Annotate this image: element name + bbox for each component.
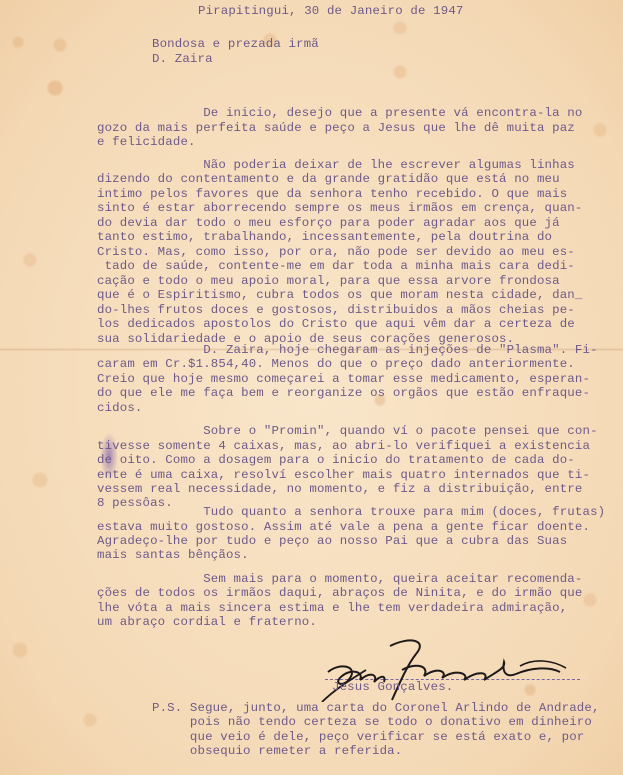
paragraph-line: do que ele me faça bem e reorganize os o… xyxy=(97,386,590,401)
paragraph-line: caram em Cr.$1.854,40. Menos do que o pr… xyxy=(97,357,575,372)
paragraph-line: mais santas bênçãos. xyxy=(97,548,249,563)
paragraph-line: lhe vóta a mais sincera estima e lhe tem… xyxy=(97,601,567,616)
paragraph-line: los dedicados apostolos do Cristo que aq… xyxy=(97,317,575,332)
paragraph-line: De inicio, desejo que a presente vá enco… xyxy=(97,106,582,121)
paragraph-line: do devia dar todo o meu esforço para pod… xyxy=(97,216,560,231)
paragraph-line: um abraço cordial e fraterno. xyxy=(97,615,317,630)
paragraph-line: tanto estimo, trabalhando, incessantemen… xyxy=(97,230,552,245)
paragraph-line: ções de todos os irmãos daqui, abraços d… xyxy=(97,586,582,601)
paragraph-line: cação e todo o meu apoio moral, para que… xyxy=(97,274,560,289)
paragraph-line: do-lhes frutos doces e gostosos, distrib… xyxy=(97,303,575,318)
paragraph-line: tado de saúde, contente-me em dar toda a… xyxy=(97,259,575,274)
paragraph-line: intimo pelos favores que da senhora tenh… xyxy=(97,187,567,202)
paragraph-line: dizendo do contentamento e da grande gra… xyxy=(97,172,560,187)
paragraph-line: Cristo. Mas, como isso, por ora, não pod… xyxy=(97,245,575,260)
postscript-line: que veio é dele, peço verificar se está … xyxy=(152,730,584,745)
paragraph-line: que é o Espiritismo, cubra todos os que … xyxy=(97,288,582,303)
dateline: Pirapitingui, 30 de Janeiro de 1947 xyxy=(198,4,464,19)
paragraph-line: Não poderia deixar de lhe escrever algum… xyxy=(97,158,575,173)
paragraph-line: Agradeço-lhe por tudo e peço ao nosso Pa… xyxy=(97,534,567,549)
paragraph-line: Creio que hoje mesmo começarei a tomar e… xyxy=(97,372,590,387)
paragraph-line: gozo da mais perfeita saúde e peço a Jes… xyxy=(97,121,575,136)
postscript-line: pois não tendo certeza se todo o donativ… xyxy=(152,715,592,730)
paragraph-line: e felicidade. xyxy=(97,135,196,150)
paragraph-line: sinto é estar aborrecendo sempre os meus… xyxy=(97,201,582,216)
paragraph-line: vessem real necessidade, no momento, e f… xyxy=(97,482,582,497)
paragraph-line: Sem mais para o momento, queira aceitar … xyxy=(97,572,582,587)
paragraph-line: Tudo quanto a senhora trouxe para mim (d… xyxy=(97,505,605,520)
paragraph-line: ente é uma caixa, resolví escolher mais … xyxy=(97,468,590,483)
typed-signature-name: Jesus Gonçalves. xyxy=(332,680,453,695)
paragraph-line: Sobre o "Promin", quando ví o pacote pen… xyxy=(97,424,598,439)
postscript-line: obsequio remeter a referida. xyxy=(152,744,402,759)
paragraph-line: de oito. Como a dosagem para o inicio do… xyxy=(97,453,575,468)
postscript-line: P.S. Segue, junto, uma carta do Coronel … xyxy=(152,701,600,716)
paragraph-line: tivesse somente 4 caixas, mas, ao abri-l… xyxy=(97,439,590,454)
paragraph-line: D. Zaira, hoje chegaram as injeções de "… xyxy=(97,343,598,358)
salutation-line-2: D. Zaira xyxy=(152,52,213,67)
paragraph-line: estava muito gostoso. Assim até vale a p… xyxy=(97,520,590,535)
paragraph-line: cidos. xyxy=(97,401,143,416)
salutation-line-1: Bondosa e prezada irmã xyxy=(152,37,319,52)
